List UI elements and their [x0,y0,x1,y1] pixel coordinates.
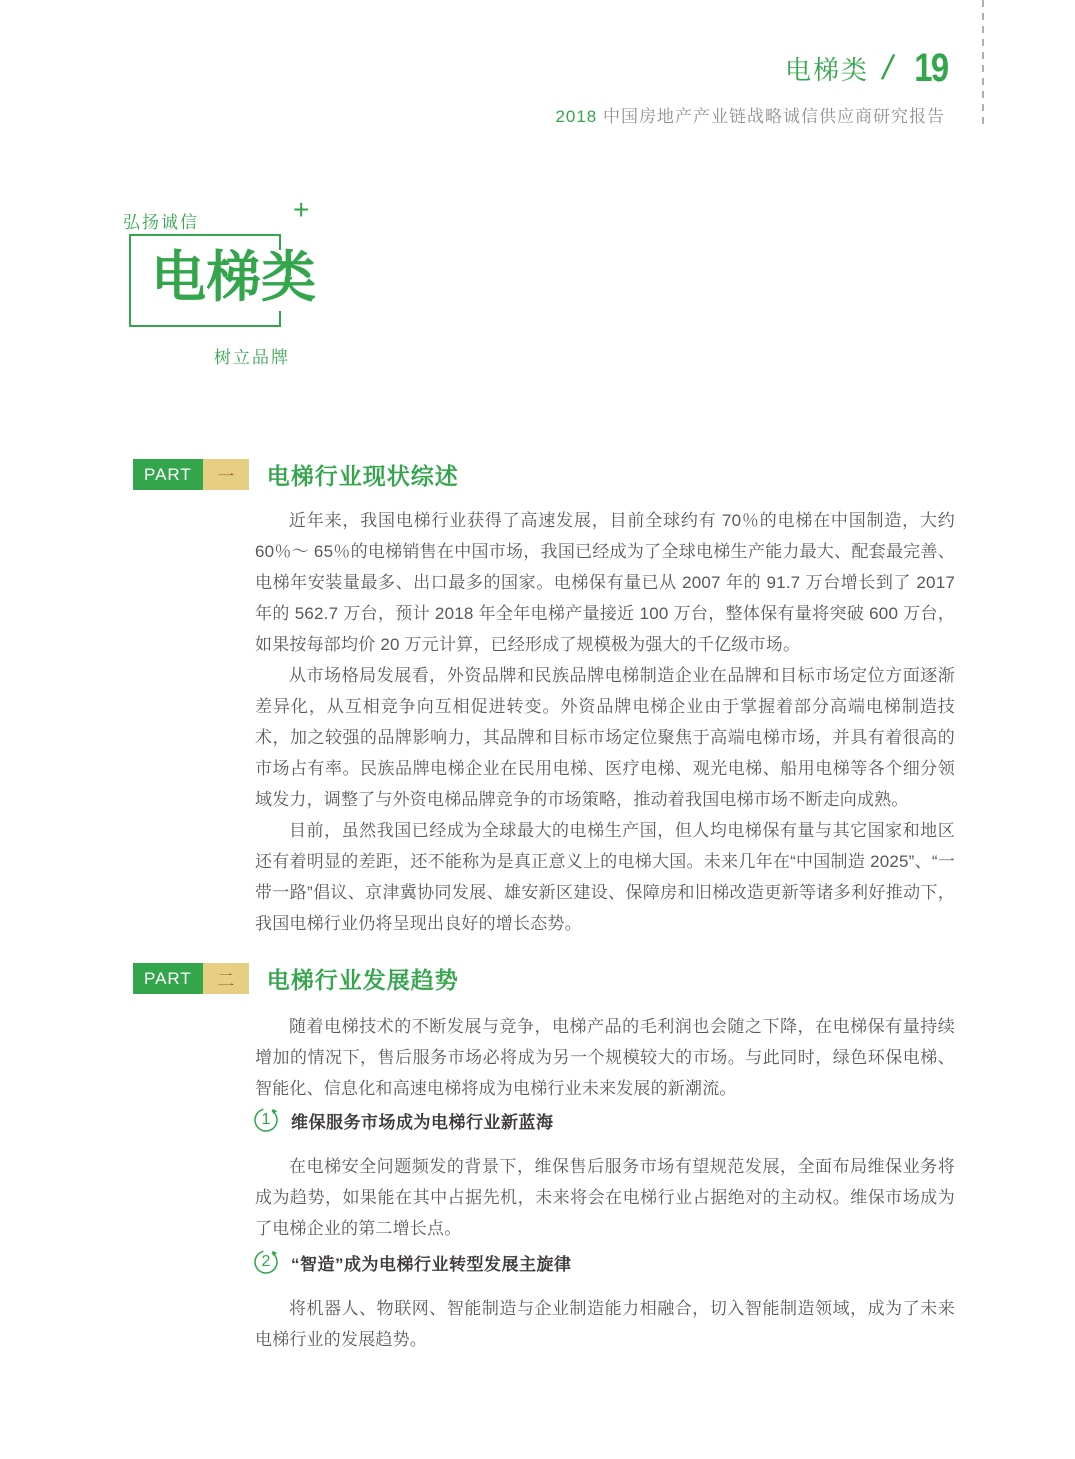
section-2-body: 随着电梯技术的不断发展与竞争，电梯产品的毛利润也会随之下降，在电梯保有量持续增加… [255,1011,955,1104]
subitem-2-number: 2 [252,1248,280,1276]
subitem-2-header: 2 “智造”成为电梯行业转型发展主旋律 [252,1248,572,1276]
subitem-2-title: “智造”成为电梯行业转型发展主旋律 [291,1250,572,1275]
header-category: 电梯类 [785,57,869,86]
header-slash-separator: / [877,51,898,86]
section-2-title: 电梯行业发展趋势 [267,962,459,995]
report-title: 2018 中国房地产产业链战略诚信供应商研究报告 [555,102,945,127]
subitem-2-body: 将机器人、物联网、智能制造与企业制造能力相融合，切入智能制造领域，成为了未来电梯… [255,1293,955,1355]
page-number: 19 [914,50,947,86]
paragraph: 从市场格局发展看，外资品牌和民族品牌电梯制造企业在品牌和目标市场定位方面逐渐差异… [255,660,955,815]
circled-number-1-icon: 1 [252,1106,280,1134]
part-badge: PART 一 [133,459,249,490]
dashed-vertical-rule [982,0,984,127]
part-badge-number: 二 [203,963,249,994]
section-1-body: 近年来，我国电梯行业获得了高速发展，目前全球约有 70％的电梯在中国制造，大约 … [255,505,955,939]
part-badge: PART 二 [133,963,249,994]
plus-icon: + [293,196,309,224]
title-frame-corner-bottom [279,311,281,327]
paragraph: 在电梯安全问题频发的背景下，维保售后服务市场有望规范发展，全面布局维保业务将成为… [255,1151,955,1244]
paragraph: 近年来，我国电梯行业获得了高速发展，目前全球约有 70％的电梯在中国制造，大约 … [255,505,955,660]
slogan-top: 弘扬诚信 [123,208,199,233]
section-2-header: PART 二 电梯行业发展趋势 [133,962,459,995]
part-badge-label: PART [133,459,203,490]
part-badge-number: 一 [203,459,249,490]
section-1-title: 电梯行业现状综述 [267,458,459,491]
report-title-year: 2018 [555,107,597,126]
subitem-1-header: 1 维保服务市场成为电梯行业新蓝海 [252,1106,554,1134]
chapter-title: 电梯类 [151,247,316,308]
slogan-bottom: 树立品牌 [214,343,290,368]
subitem-1-title: 维保服务市场成为电梯行业新蓝海 [291,1108,554,1133]
report-page: 电梯类 / 19 2018 中国房地产产业链战略诚信供应商研究报告 弘扬诚信 +… [0,0,1075,1459]
report-title-text: 中国房地产产业链战略诚信供应商研究报告 [597,107,945,126]
paragraph: 目前，虽然我国已经成为全球最大的电梯生产国，但人均电梯保有量与其它国家和地区还有… [255,815,955,939]
section-1-header: PART 一 电梯行业现状综述 [133,458,459,491]
paragraph: 将机器人、物联网、智能制造与企业制造能力相融合，切入智能制造领域，成为了未来电梯… [255,1293,955,1355]
circled-number-2-icon: 2 [252,1248,280,1276]
page-header: 电梯类 / 19 [785,50,947,86]
paragraph: 随着电梯技术的不断发展与竞争，电梯产品的毛利润也会随之下降，在电梯保有量持续增加… [255,1011,955,1104]
subitem-1-body: 在电梯安全问题频发的背景下，维保售后服务市场有望规范发展，全面布局维保业务将成为… [255,1151,955,1244]
subitem-1-number: 1 [252,1106,280,1134]
part-badge-label: PART [133,963,203,994]
